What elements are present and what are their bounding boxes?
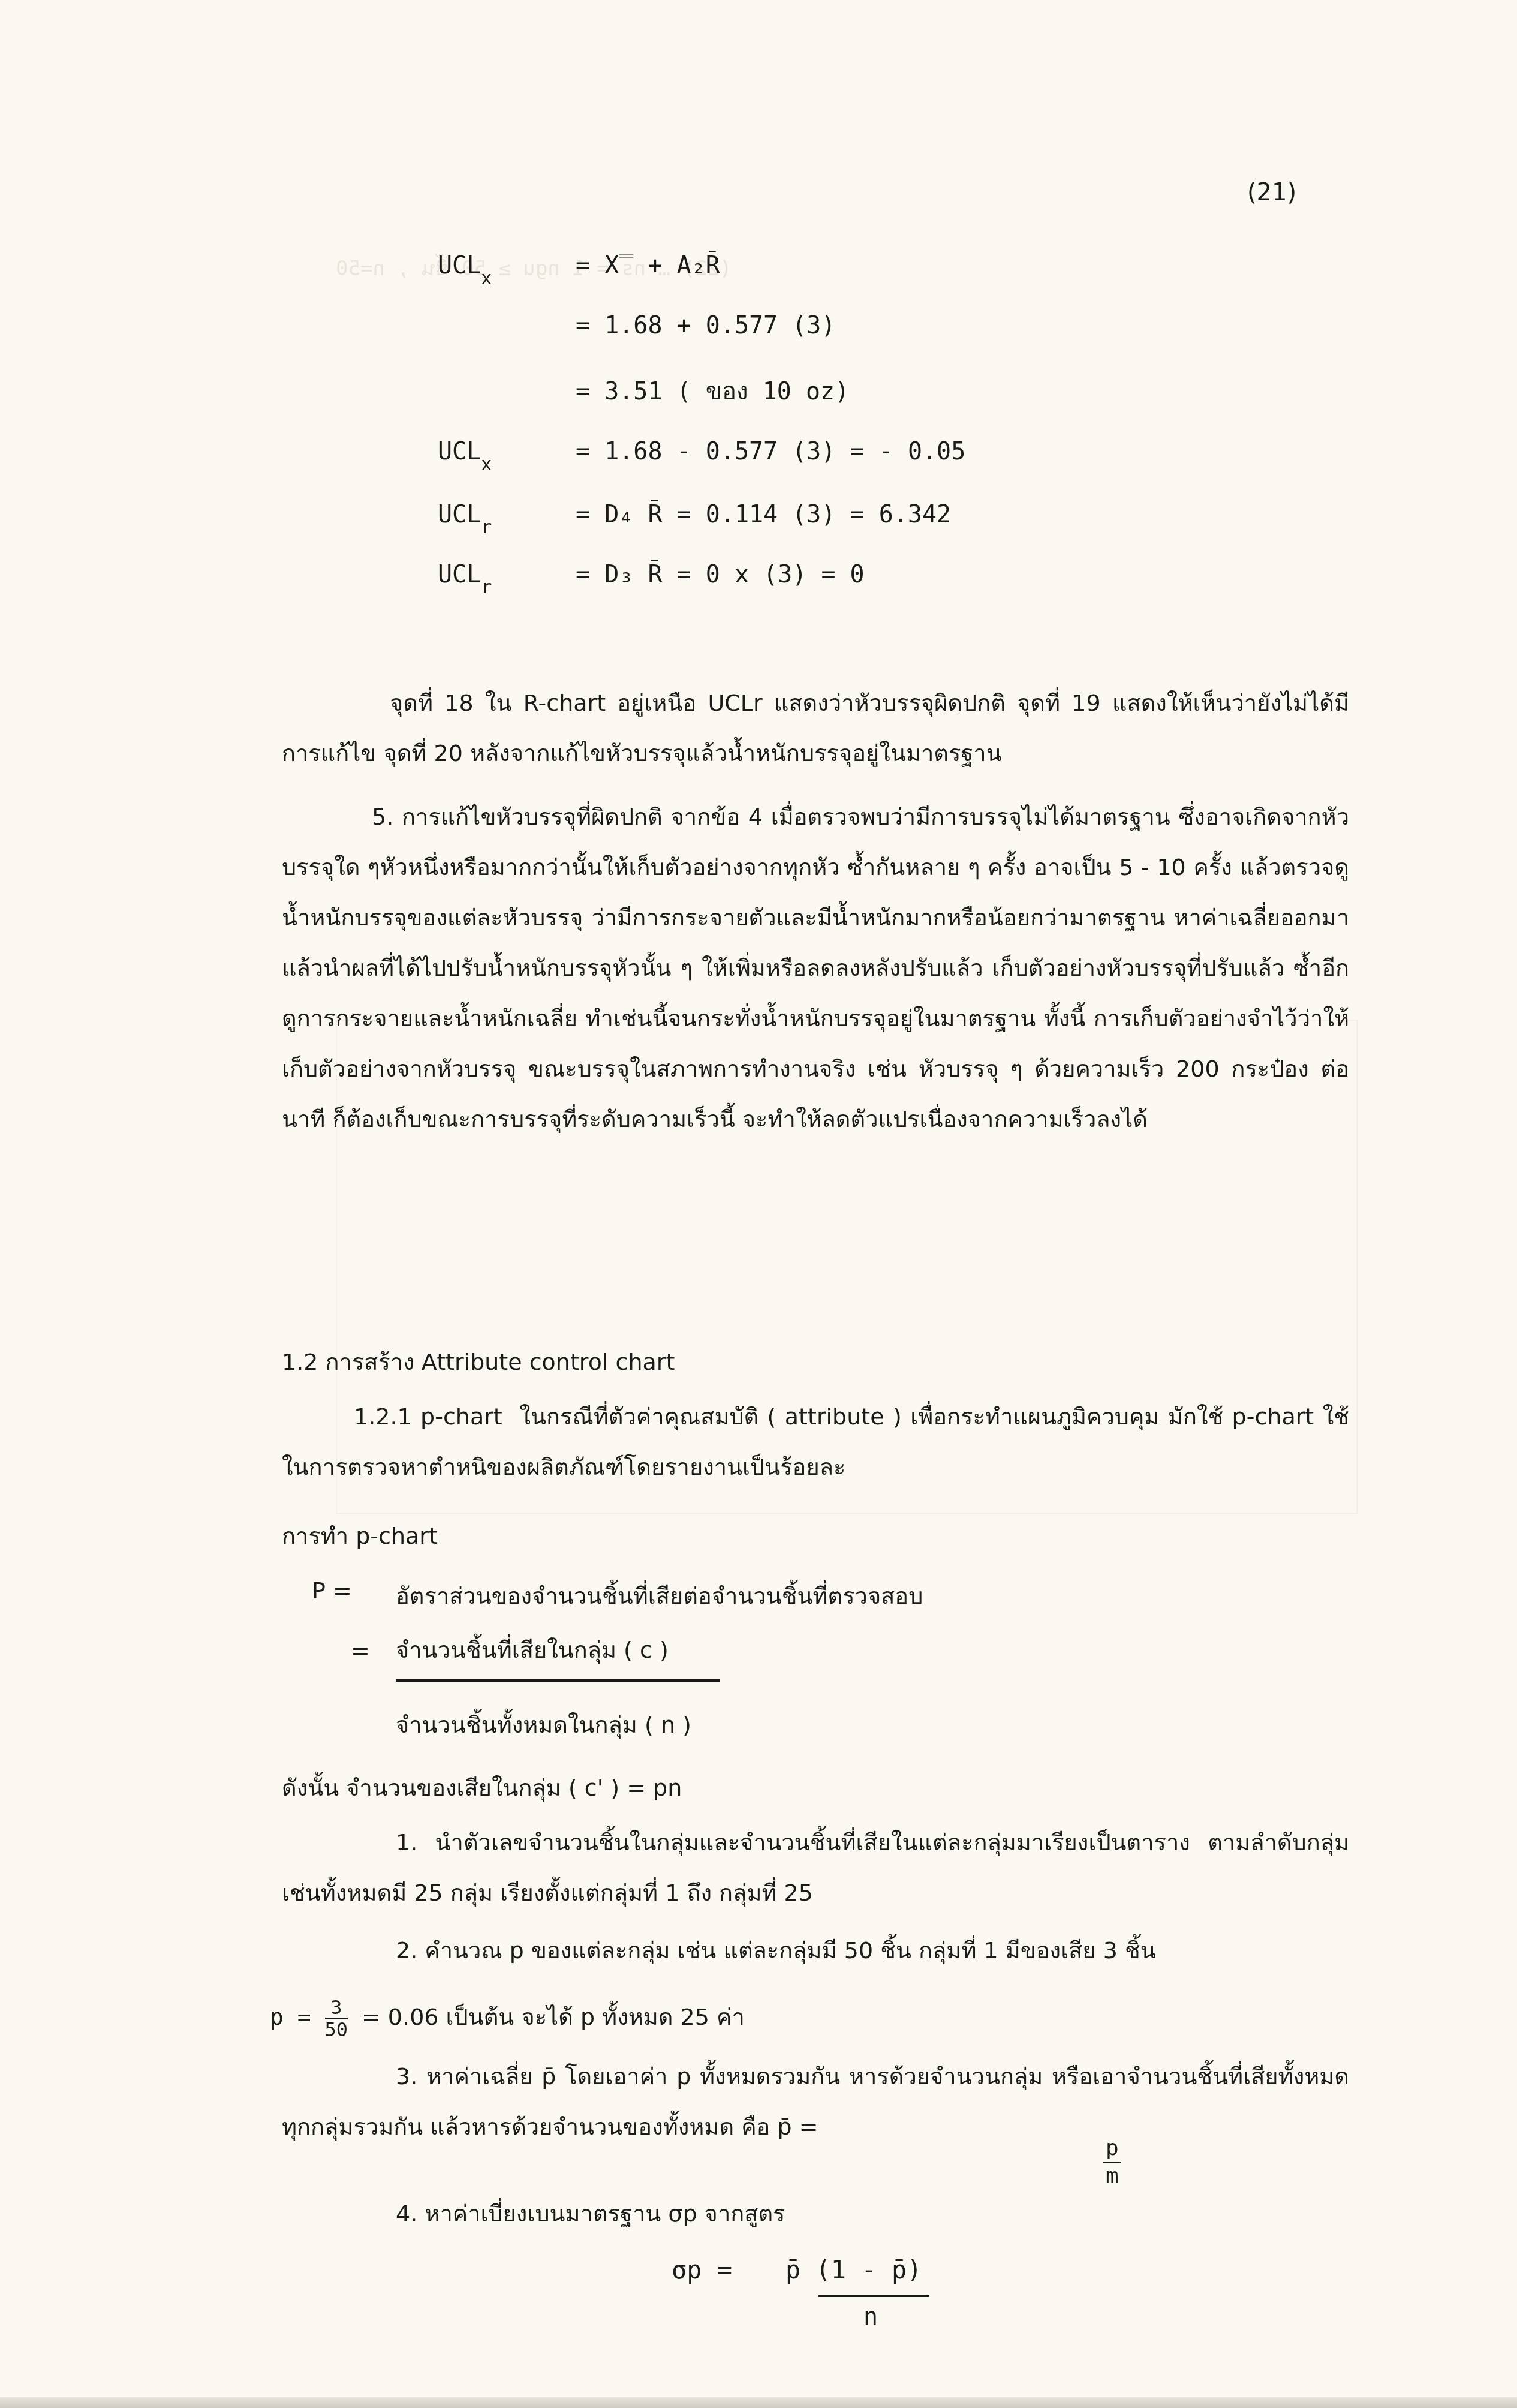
p-definition-label: P = <box>312 1577 352 1604</box>
step-2-example: p = 3 50 = 0.06 เป็นต้น จะได้ p ทั้งหมด … <box>270 1997 745 2040</box>
example-denominator: 50 <box>325 2019 348 2040</box>
page-number: (21) <box>1247 179 1296 206</box>
page-bottom-edge <box>0 2397 1517 2408</box>
step-4: 4. หาค่าเบี่ยงเบนมาตรฐาน σp จากสูตร <box>396 2195 785 2232</box>
p-fraction-bar <box>396 1679 720 1682</box>
fraction-denominator: m <box>1103 2163 1121 2190</box>
step-3: 3. หาค่าเฉลี่ย p̄ โดยเอาค่า p ทั้งหมดรวม… <box>282 2051 1349 2152</box>
p-definition-eq: = <box>351 1637 370 1664</box>
step-1: 1. นำตัวเลขจำนวนชิ้นในกลุ่มและจำนวนชิ้นท… <box>282 1817 1349 1918</box>
step-2: 2. คำนวณ p ของแต่ละกลุ่ม เช่น แต่ละกลุ่ม… <box>282 1925 1349 1976</box>
p-fraction-numerator: จำนวนชิ้นที่เสียในกลุ่ม ( c ) <box>396 1631 669 1668</box>
subsection-p-chart: 1.2.1 p-chart ในกรณีที่ตัวค่าคุณสมบัติ (… <box>282 1391 1349 1492</box>
sigma-p-fraction-bar <box>818 2295 929 2297</box>
sigma-p-lhs: σp = <box>672 2255 732 2284</box>
sigma-p-denominator: n <box>863 2303 878 2331</box>
p-fraction-denominator: จำนวนชิ้นทั้งหมดในกลุ่ม ( n ) <box>396 1706 691 1743</box>
defects-formula: ดังนั้น จำนวนของเสียในกลุ่ม ( c' ) = pn <box>282 1769 682 1806</box>
how-to-p-chart: การทำ p-chart <box>282 1517 438 1554</box>
fraction-numerator: p <box>1103 2135 1121 2163</box>
sigma-p-numerator: p̄ (1 - p̄) <box>785 2255 922 2284</box>
step-3-fraction: p m <box>1103 2135 1121 2190</box>
paragraph-r-chart-points: จุดที่ 18 ใน R-chart อยู่เหนือ UCLr แสดง… <box>282 678 1349 778</box>
section-heading: 1.2 การสร้าง Attribute control chart <box>282 1343 675 1380</box>
paragraph-fix-filler-heads: 5. การแก้ไขหัวบรรจุที่ผิดปกติ จากข้อ 4 เ… <box>282 792 1349 1144</box>
p-definition-text: อัตราส่วนของจำนวนชิ้นที่เสียต่อจำนวนชิ้น… <box>396 1577 923 1614</box>
example-numerator: 3 <box>325 1997 348 2019</box>
